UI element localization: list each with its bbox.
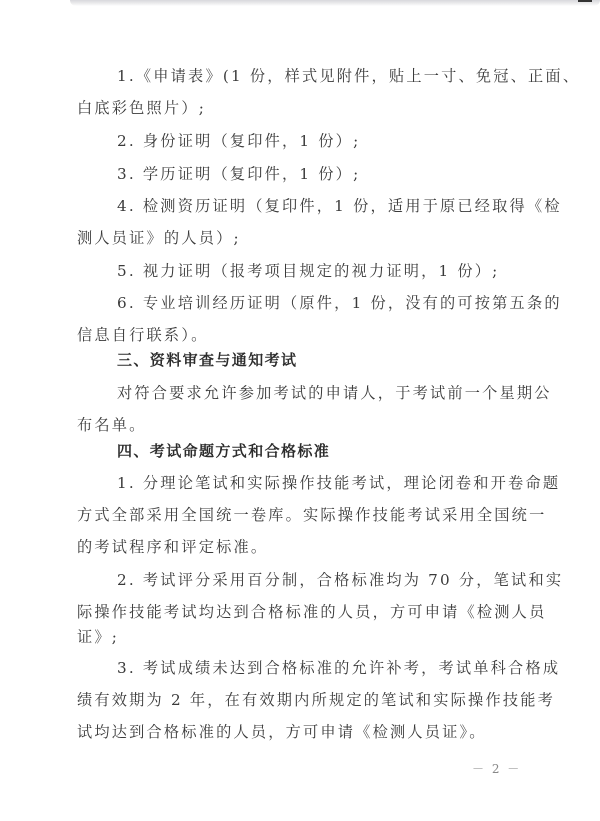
section-4-item-3-line-3: 试均达到合格标准的人员，方可申请《检测人员证》。 <box>77 722 487 742</box>
list-item-6-line-2: 信息自行联系）。 <box>77 325 209 345</box>
section-4-heading: 四、考试命题方式和合格标准 <box>117 441 330 461</box>
list-item-4-line-1: 4. 检测资历证明（复印件，1 份，适用于原已经取得《检 <box>117 196 562 216</box>
section-3-paragraph-line-1: 对符合要求允许参加考试的申请人，于考试前一个星期公 <box>117 383 552 403</box>
scan-shadow <box>70 0 600 6</box>
section-4-item-2-line-1: 2. 考试评分采用百分制，合格标准均为 70 分，笔试和实 <box>117 570 563 590</box>
section-4-item-2-line-3: 证》; <box>77 627 119 647</box>
scan-corner-mark <box>578 0 592 2</box>
section-4-item-1-line-2: 方式全部采用全国统一卷库。实际操作技能考试采用全国统一 <box>77 505 546 525</box>
section-4-item-3-line-2: 绩有效期为 2 年，在有效期内所规定的笔试和实际操作技能考 <box>77 690 555 710</box>
list-item-1-line-1: 1.《申请表》(1 份，样式见附件，贴上一寸、免冠、正面、 <box>117 66 580 86</box>
list-item-5: 5. 视力证明（报考项目规定的视力证明，1 份）; <box>117 261 500 281</box>
section-3-heading: 三、资料审查与通知考试 <box>117 350 297 370</box>
section-4-item-2-line-2: 际操作技能考试均达到合格标准的人员，方可申请《检测人员 <box>77 602 546 622</box>
list-item-2: 2. 身份证明（复印件，1 份）; <box>117 131 360 151</box>
page-number: － 2 － <box>472 760 521 777</box>
list-item-4-line-2: 测人员证》的人员）; <box>77 228 241 248</box>
section-4-item-1-line-1: 1. 分理论笔试和实际操作技能考试，理论闭卷和开卷命题 <box>117 473 560 493</box>
section-3-paragraph-line-2: 布名单。 <box>77 415 147 435</box>
list-item-6-line-1: 6. 专业培训经历证明（原件，1 份，没有的可按第五条的 <box>117 293 562 313</box>
section-4-item-1-line-3: 的考试程序和评定标准。 <box>77 537 268 557</box>
list-item-3: 3. 学历证明（复印件，1 份）; <box>117 164 360 184</box>
list-item-1-line-2: 白底彩色照片）; <box>77 98 206 118</box>
section-4-item-3-line-1: 3. 考试成绩未达到合格标准的允许补考，考试单科合格成 <box>117 658 560 678</box>
